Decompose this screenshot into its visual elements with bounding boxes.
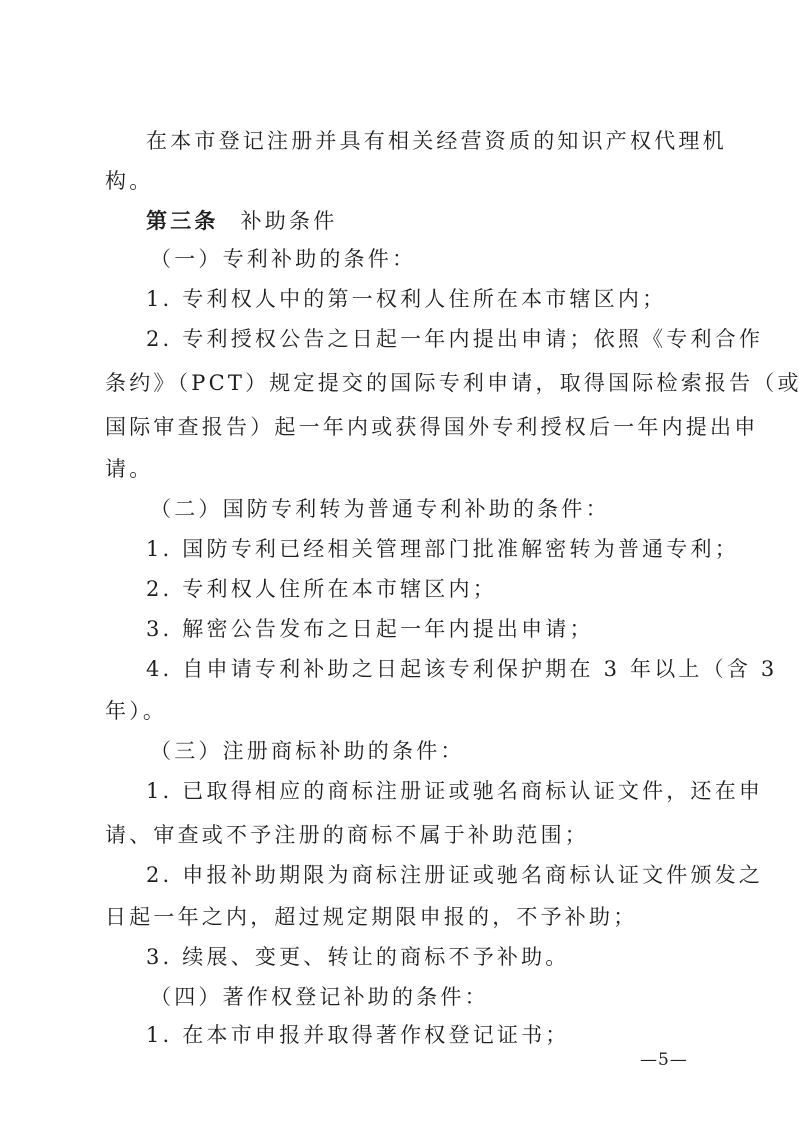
article-number: 第三条 <box>146 208 219 233</box>
list-item: 1. 国防专利已经相关管理部门批准解密转为普通专利； <box>146 536 739 562</box>
paragraph-line: 请、审查或不予注册的商标不属于补助范围； <box>105 822 589 848</box>
list-item: 1. 在本市申报并取得著作权登记证书； <box>146 1022 570 1048</box>
paragraph-line: 国际审查报告）起一年内或获得国外专利授权后一年内提出申 <box>105 414 758 440</box>
page-number: —5— <box>640 1050 688 1070</box>
section-heading: （一）专利补助的条件： <box>150 246 416 272</box>
list-item: 2. 专利授权公告之日起一年内提出申请；依照《专利合作 <box>146 326 763 352</box>
list-item: 2. 申报补助期限为商标注册证或驰名商标认证文件颁发之 <box>146 862 763 888</box>
section-heading: （四）著作权登记补助的条件： <box>150 984 489 1010</box>
list-item: 1. 已取得相应的商标注册证或驰名商标认证文件，还在申 <box>146 778 763 804</box>
list-item: 4. 自申请专利补助之日起该专利保护期在 3 年以上（含 3 <box>146 656 777 682</box>
paragraph-line: 年）。 <box>105 698 167 724</box>
paragraph-line: 条约》（PCT）规定提交的国际专利申请，取得国际检索报告（或 <box>105 370 800 396</box>
list-item: 3. 续展、变更、转让的商标不予补助。 <box>146 944 570 970</box>
paragraph-line: 日起一年之内，超过规定期限申报的，不予补助； <box>105 904 637 930</box>
section-heading: （三）注册商标补助的条件： <box>150 738 465 764</box>
paragraph-line: 在本市登记注册并具有相关经营资质的知识产权代理机 <box>146 128 727 154</box>
section-heading: （二）国防专利转为普通专利补助的条件： <box>150 496 610 522</box>
article-title: 补助条件 <box>241 209 338 233</box>
list-item: 3. 解密公告发布之日起一年内提出申请； <box>146 616 594 642</box>
paragraph-line: 构。 <box>105 168 153 194</box>
list-item: 2. 专利权人住所在本市辖区内； <box>146 576 497 602</box>
paragraph-line: 请。 <box>105 456 153 482</box>
document-page: 在本市登记注册并具有相关经营资质的知识产权代理机 构。 第三条补助条件 （一）专… <box>0 0 800 1132</box>
article-heading: 第三条补助条件 <box>146 208 337 234</box>
list-item: 1. 专利权人中的第一权利人住所在本市辖区内； <box>146 286 666 312</box>
